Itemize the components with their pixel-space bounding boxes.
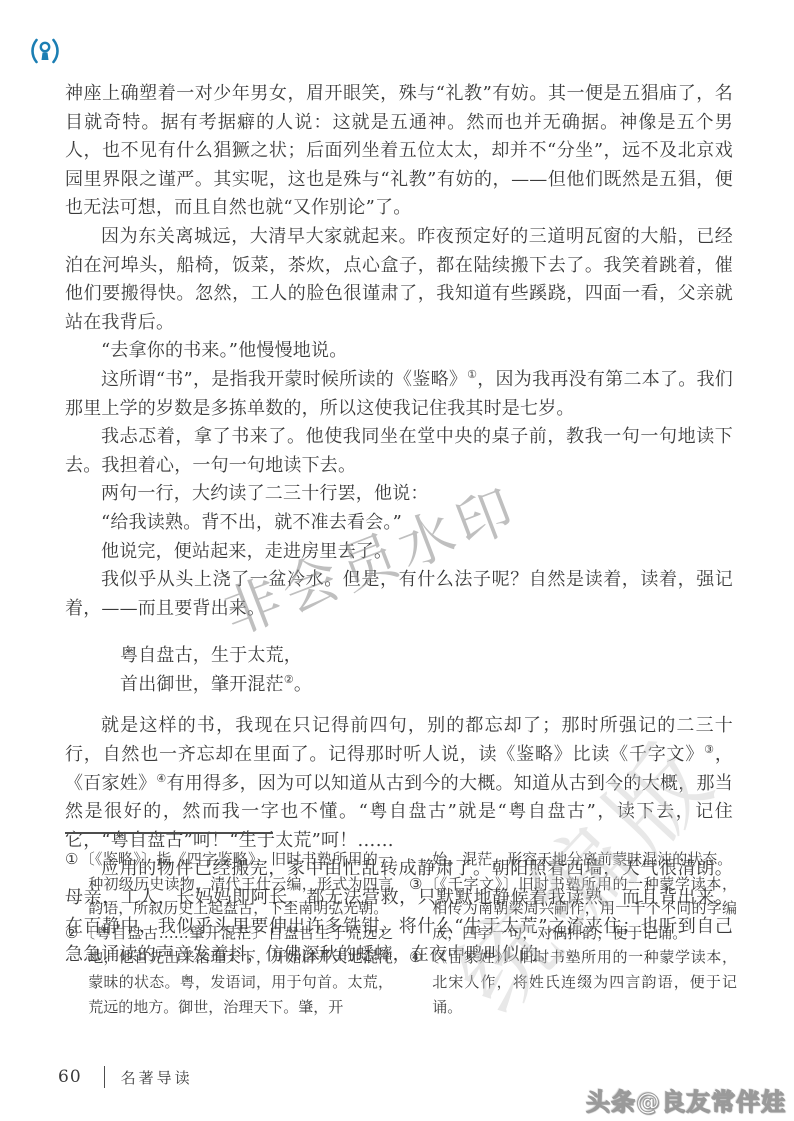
footnote-3: ③〔《千字文》〕旧时书塾所用的一种蒙学读本，相传为南朝梁周兴嗣作，用一千个不同的…	[409, 872, 737, 946]
footer-divider-line	[104, 1066, 105, 1088]
textbook-page: 神座上确塑着一对少年男女，眉开眼笑，殊与“礼教”有妨。其一便是五猖庙了，名目就奇…	[0, 0, 794, 1121]
footnote-2-continuation: 始。混茫，形容天地分离前蒙昧混沌的状态。	[409, 847, 737, 872]
footnote-divider-line	[65, 832, 273, 834]
footnote-column-left: ①〔《鉴略》〕指《四字鉴略》，旧时书塾所用的一种初级历史读物，清代王仕云编，形式…	[65, 847, 393, 1019]
page-number: 60	[58, 1067, 82, 1087]
paragraph-3: “去拿你的书来。”他慢慢地说。	[65, 337, 733, 366]
poem-line-2: 首出御世，肇开混茫②。	[120, 671, 733, 700]
footnote-1-marker: ①	[65, 850, 79, 868]
paragraph-9: 我似乎从头上浇了一盆冷水。但是，有什么法子呢？自然是读着，读着，强记着，——而且…	[65, 566, 733, 623]
footnote-1: ①〔《鉴略》〕指《四字鉴略》，旧时书塾所用的一种初级历史读物，清代王仕云编，形式…	[65, 847, 393, 921]
paragraph-7: “给我读熟。背不出，就不准去看会。”	[65, 509, 733, 538]
footnote-reference-marker: ④	[156, 772, 166, 785]
footnote-2-marker: ②	[65, 924, 79, 942]
footnote-4-text: 〔《百家姓》〕旧时书塾所用的一种蒙学读本，北宋人作，将姓氏连缀为四言韵语，便于记…	[424, 948, 737, 1015]
paragraph-6: 两句一行，大约读了二三十行罢，他说：	[65, 480, 733, 509]
footnote-4-marker: ④	[409, 948, 423, 966]
footnote-reference-marker: ①	[467, 368, 477, 381]
paragraph-1: 神座上确塑着一对少年男女，眉开眼笑，殊与“礼教”有妨。其一便是五猖庙了，名目就奇…	[65, 80, 733, 223]
quoted-poem: 粤自盘古，生于太荒， 首出御世，肇开混茫②。	[120, 642, 733, 699]
paragraph-2: 因为东关离城远，大清早大家就起来。昨夜预定好的三道明瓦窗的大船，已经泊在河埠头，…	[65, 223, 733, 337]
paragraph-4: 这所谓“书”，是指我开蒙时候所读的《鉴略》①，因为我再没有第二本了。我们那里上学…	[65, 366, 733, 423]
footnote-3-text: 〔《千字文》〕旧时书塾所用的一种蒙学读本，相传为南朝梁周兴嗣作，用一千个不同的字…	[424, 875, 737, 942]
poem-line-1: 粤自盘古，生于太荒，	[120, 642, 733, 671]
section-label: 名著导读	[121, 1067, 193, 1088]
publisher-person-logo-icon	[30, 38, 60, 64]
footnote-reference-marker: ②	[284, 673, 294, 686]
footnote-2: ②〔粤自盘古……肇开混茫〕自盘古生于荒远之地，他首先出来治理天下，开始辟开天地混…	[65, 921, 393, 1019]
footnote-3-marker: ③	[409, 875, 423, 893]
paragraph-8: 他说完，便站起来，走进房里去了。	[65, 538, 733, 567]
footnote-reference-marker: ③	[704, 743, 715, 756]
footnote-2-text: 〔粤自盘古……肇开混茫〕自盘古生于荒远之地，他首先出来治理天下，开始辟开天地混沌…	[80, 924, 393, 1016]
footnote-4: ④〔《百家姓》〕旧时书塾所用的一种蒙学读本，北宋人作，将姓氏连缀为四言韵语，便于…	[409, 945, 737, 1019]
paragraph-5: 我忐忑着，拿了书来了。他使我同坐在堂中央的桌子前，教我一句一句地读下去。我担着心…	[65, 423, 733, 480]
footnotes-section: ①〔《鉴略》〕指《四字鉴略》，旧时书塾所用的一种初级历史读物，清代王仕云编，形式…	[65, 832, 737, 1019]
page-footer: 60 名著导读	[58, 1066, 193, 1088]
footnote-1-text: 〔《鉴略》〕指《四字鉴略》，旧时书塾所用的一种初级历史读物，清代王仕云编，形式为…	[80, 850, 393, 917]
toutiao-watermark: 头条@良友常伴娃	[586, 1082, 786, 1117]
footnote-column-right: 始。混茫，形容天地分离前蒙昧混沌的状态。 ③〔《千字文》〕旧时书塾所用的一种蒙学…	[409, 847, 737, 1019]
